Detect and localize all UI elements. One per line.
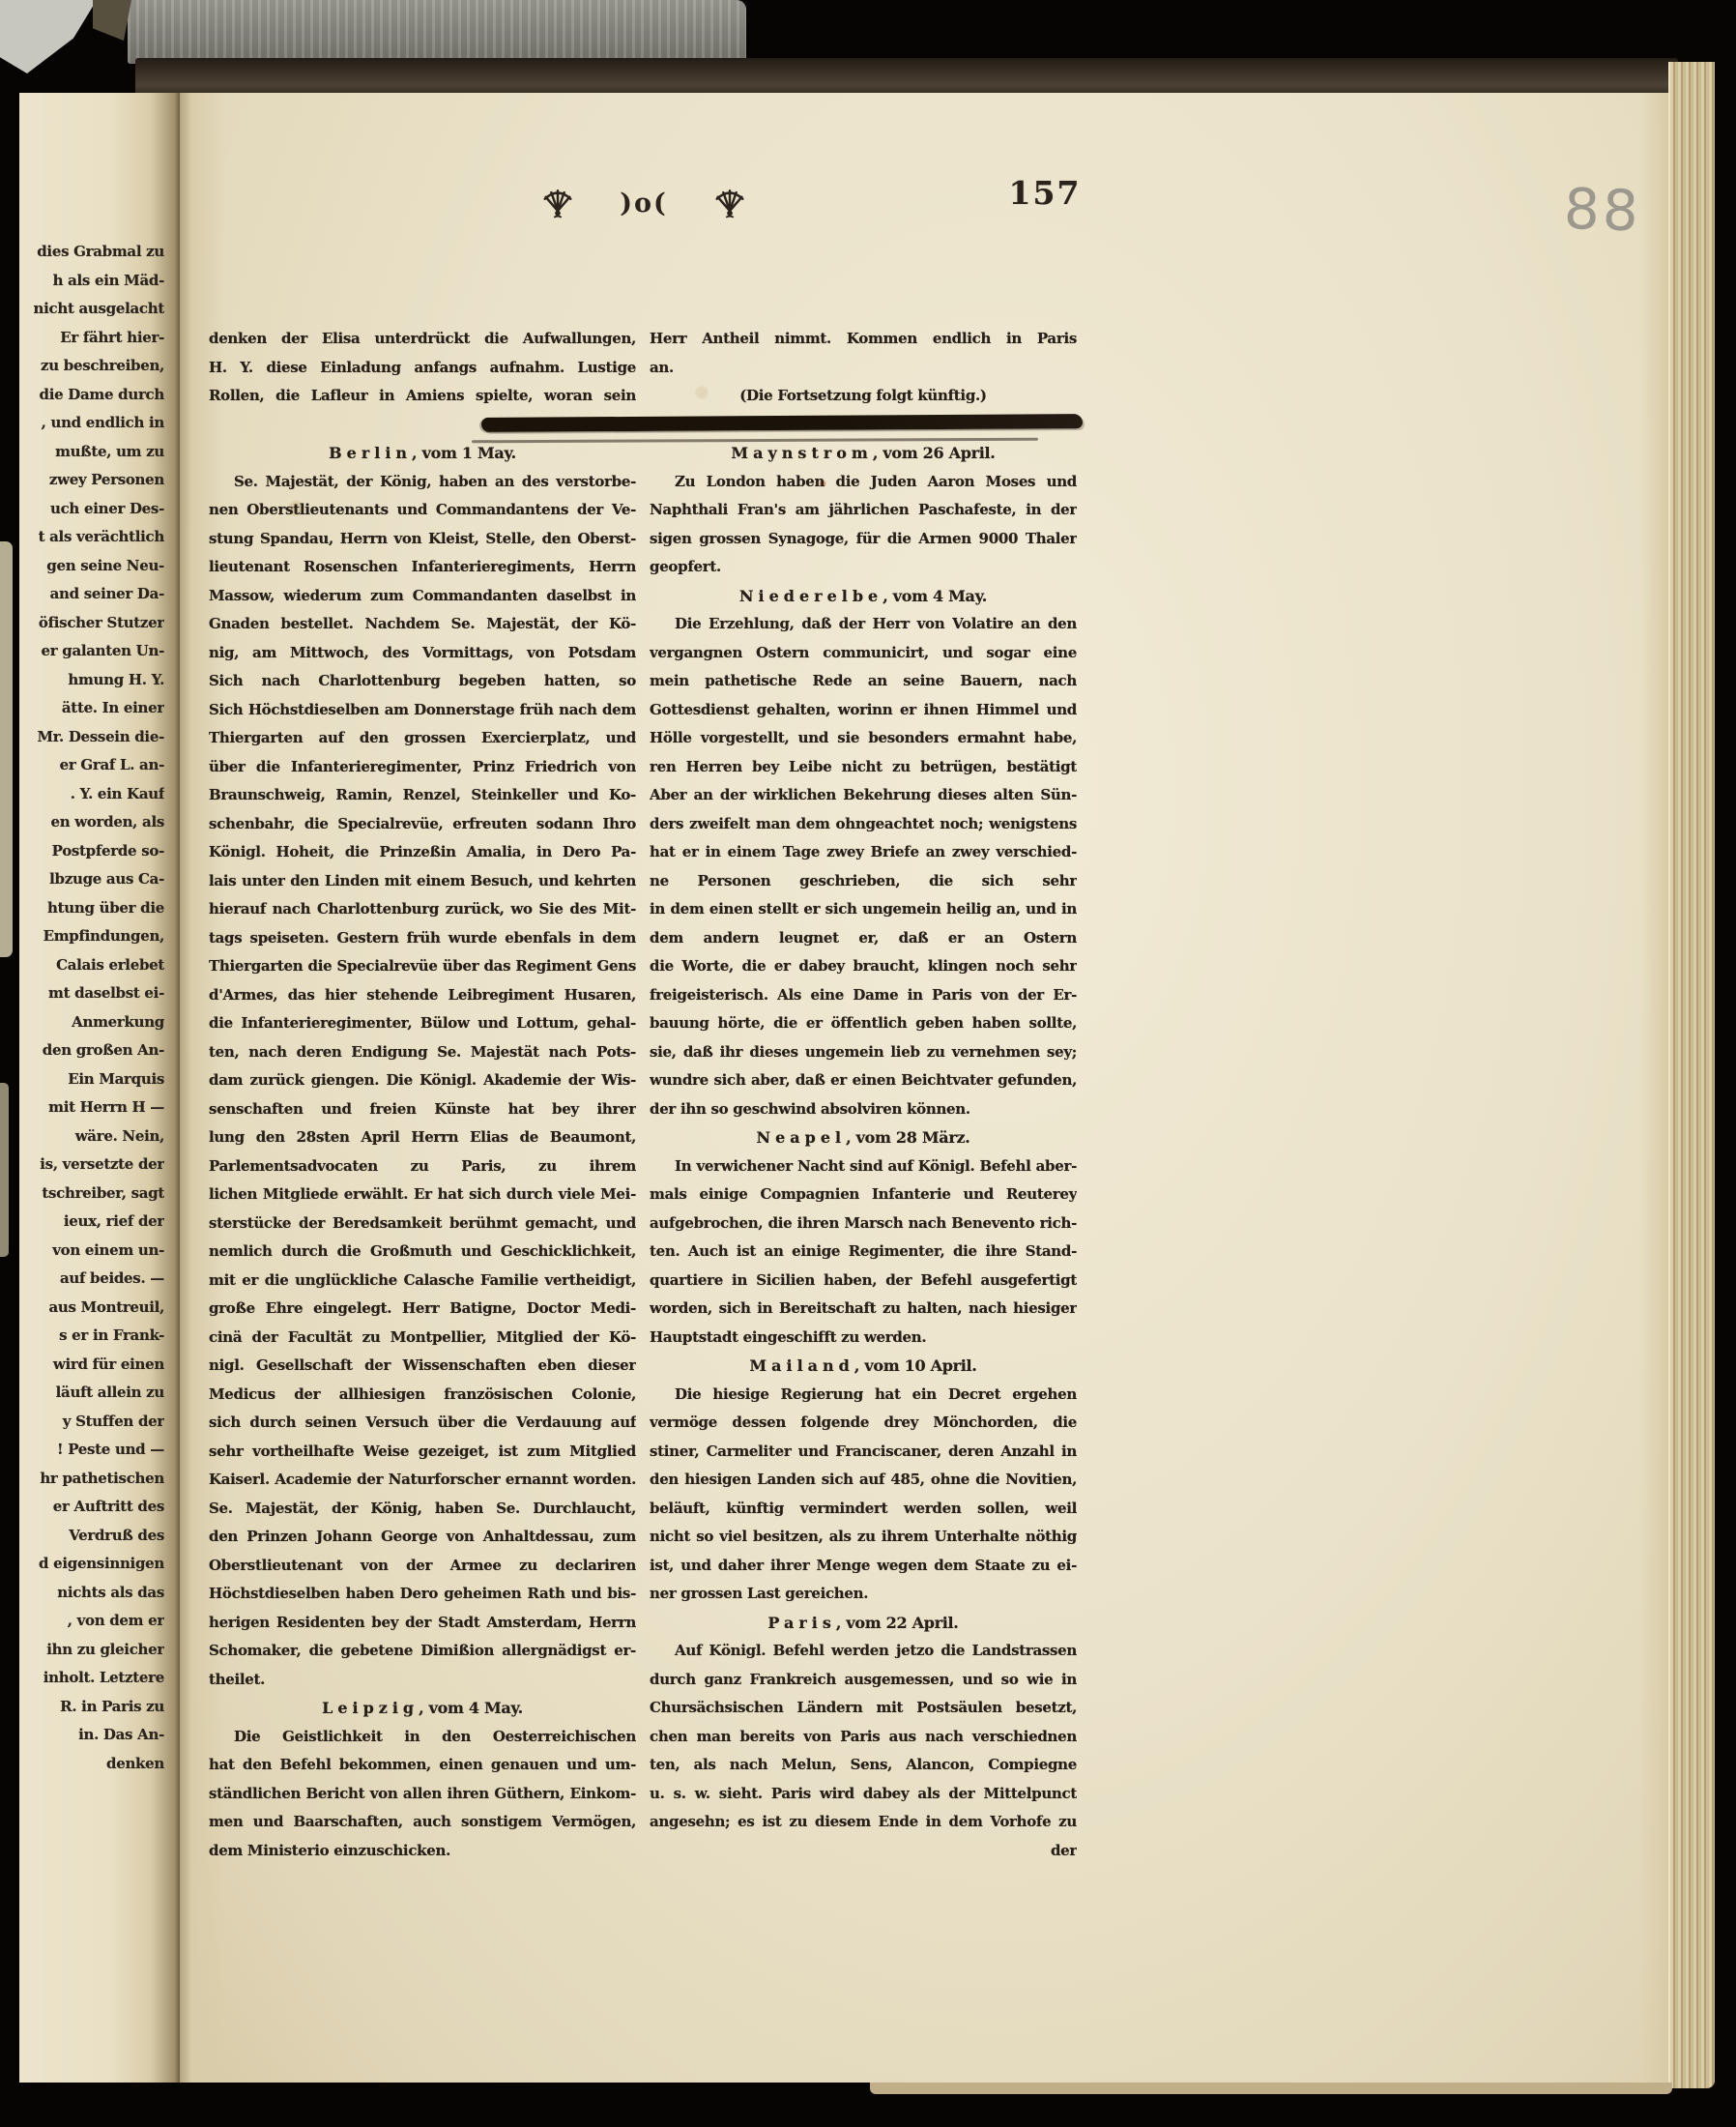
- line-text: u. s. w. sieht. Paris wird dabey als der…: [650, 1785, 1077, 1802]
- gutter-text-line: zwey Personen: [19, 466, 164, 495]
- gutter-text-line: Calais erlebet: [19, 951, 164, 980]
- text-line: mit er die unglückliche Calasche Familie…: [209, 1267, 636, 1296]
- line-text: den Prinzen Johann George von Anhaltdess…: [209, 1528, 636, 1545]
- text-line: Hauptstadt eingeschifft zu werden.: [650, 1324, 1077, 1353]
- text-line: sie, daß ihr dieses ungemein lieb zu ver…: [650, 1038, 1077, 1067]
- line-text: herigen Residenten bey der Stadt Amsterd…: [209, 1614, 636, 1631]
- gutter-text-line: den großen An-: [19, 1036, 164, 1065]
- cover-corner-fragment: [93, 0, 131, 41]
- text-line: sehr vortheilhafte Weise gezeiget, ist z…: [209, 1438, 636, 1467]
- line-text: sie, daß ihr dieses ungemein lieb zu ver…: [650, 1043, 1077, 1067]
- text-line: Medicus der allhiesigen französischen Co…: [209, 1381, 636, 1410]
- text-line: sich durch seinen Versuch über die Verda…: [209, 1409, 636, 1438]
- gutter-text-line: von einem un-: [19, 1237, 164, 1266]
- gutter-text-line: R. in Paris zu: [19, 1693, 164, 1722]
- text-line: Thiergarten die Specialrevüe über das Re…: [209, 952, 636, 981]
- line-text: Die Geistlichkeit in den Oesterreichisch…: [209, 1728, 636, 1752]
- gutter-text-line: Empfindungen,: [19, 922, 164, 951]
- line-text: Paris: [767, 1614, 835, 1632]
- line-text: H. Y. diese Einladung anfangs aufnahm. L…: [209, 359, 636, 376]
- gutter-text-line: hmung H. Y.: [19, 666, 164, 695]
- text-line: Gottesdienst gehalten, worinn er ihnen H…: [650, 696, 1077, 725]
- gutter-text-line: wird für einen: [19, 1351, 164, 1380]
- page-header: )o(: [539, 184, 748, 222]
- gutter-text-line: Ein Marquis: [19, 1065, 164, 1094]
- gutter-text-line: er Graf L. an-: [19, 751, 164, 780]
- text-line: Herr Antheil nimmt. Kommen endlich in Pa…: [650, 325, 1077, 354]
- line-text: Thiergarten auf den grossen Exercierplat…: [209, 729, 636, 753]
- line-text: Parlementsadvocaten zu Paris, zu ihrem a…: [209, 1157, 636, 1181]
- line-text: men und Baarschaften, auch sonstigem Ver…: [209, 1813, 636, 1830]
- text-line: Die hiesige Regierung hat ein Decret erg…: [650, 1381, 1077, 1410]
- line-text: schenbahr, die Specialrevüe, erfreuten s…: [209, 815, 636, 832]
- line-text: lais unter den Linden mit einem Besuch, …: [209, 872, 636, 889]
- line-text: dem Ministerio einzuschicken.: [209, 1842, 450, 1859]
- line-text: bauung hörte, die er öffentlich geben ha…: [650, 1014, 1077, 1038]
- line-text: Maynstrom: [731, 444, 872, 462]
- binding-top-edge: [135, 58, 1678, 97]
- line-text: geopfert.: [650, 558, 721, 575]
- text-line: Aber an der wirklichen Bekehrung dieses …: [650, 781, 1077, 810]
- text-line: Sich Höchstdieselben am Donnerstage früh…: [209, 696, 636, 725]
- text-line: H. Y. diese Einladung anfangs aufnahm. L…: [209, 354, 636, 383]
- text-line: Zu London haben die Juden Aaron Moses un…: [650, 468, 1077, 497]
- line-text-rest: , vom 26 April.: [873, 444, 996, 462]
- text-line: bauung hörte, die er öffentlich geben ha…: [650, 1009, 1077, 1038]
- book-scan: dies Grabmal zuh als ein Mäd-nicht ausge…: [0, 0, 1736, 2127]
- text-line: beläuft, künftig vermindert werden solle…: [650, 1495, 1077, 1524]
- text-line: stiner, Carmeliter und Franciscaner, der…: [650, 1438, 1077, 1467]
- line-text: der: [1051, 1842, 1077, 1859]
- gutter-text-line: auf beides. —: [19, 1265, 164, 1294]
- gutter-text-line: en worden, als: [19, 808, 164, 837]
- text-line: Gnaden bestellet. Nachdem Se. Majestät, …: [209, 610, 636, 639]
- line-text: nicht so viel besitzen, als zu ihrem Unt…: [650, 1528, 1077, 1545]
- text-line: ten, als nach Melun, Sens, Alancon, Comp…: [650, 1751, 1077, 1780]
- text-line: lung den 28sten April Herrn Elias de Bea…: [209, 1123, 636, 1152]
- text-line: hierauf nach Charlottenburg zurück, wo S…: [209, 895, 636, 924]
- text-line: Auf Königl. Befehl werden jetzo die Land…: [650, 1637, 1077, 1666]
- line-text: aufgebrochen, die ihren Marsch nach Bene…: [650, 1214, 1077, 1232]
- gutter-text-line: ! Peste und —: [19, 1436, 164, 1465]
- text-line: Paris, vom 22 April.: [650, 1609, 1077, 1638]
- line-text: Chursächsischen Ländern mit Postsäulen b…: [650, 1699, 1077, 1723]
- line-text: wundre sich aber, daß er einen Beichtvat…: [650, 1071, 1077, 1089]
- text-line: herigen Residenten bey der Stadt Amsterd…: [209, 1609, 636, 1638]
- gutter-text-line: d eigensinnigen: [19, 1550, 164, 1579]
- text-line: die Infanterieregimenter, Bülow und Lott…: [209, 1009, 636, 1038]
- line-text: In verwichener Nacht sind auf Königl. Be…: [675, 1157, 1077, 1175]
- line-text: durch ganz Frankreich ausgemessen, und s…: [650, 1671, 1077, 1695]
- text-line: senschaften und freien Künste hat bey ih…: [209, 1095, 636, 1124]
- line-text-rest: , vom 4 May.: [882, 587, 987, 605]
- line-text: ders zweifelt man dem ohngeachtet noch; …: [650, 815, 1077, 832]
- line-text: sich durch seinen Versuch über die Verda…: [209, 1413, 636, 1438]
- text-line: freigeisterisch. Als eine Dame in Paris …: [650, 981, 1077, 1010]
- line-text: stiner, Carmeliter und Franciscaner, der…: [650, 1442, 1077, 1460]
- printed-page-number: 157: [990, 174, 1100, 212]
- gutter-text-column: dies Grabmal zuh als ein Mäd-nicht ausge…: [19, 238, 164, 1778]
- line-text: beläuft, künftig vermindert werden solle…: [650, 1500, 1077, 1524]
- text-line: Rollen, die Lafleur in Amiens spielte, w…: [209, 382, 636, 411]
- gutter-text-line: lbzuge aus Ca-: [19, 865, 164, 894]
- gutter-text-line: ätte. In einer: [19, 694, 164, 723]
- line-text: Mailand: [749, 1356, 854, 1375]
- left-text-column: denken der Elisa unterdrückt die Aufwall…: [209, 325, 636, 1865]
- text-line: nig, am Mittwoch, des Vormittags, von Po…: [209, 639, 636, 668]
- line-text: worden, sich in Bereitschaft zu halten, …: [650, 1299, 1077, 1317]
- line-text: Hölle vorgestellt, und sie besonders erm…: [650, 729, 1077, 753]
- text-line: über die Infanterieregimenter, Prinz Fri…: [209, 753, 636, 782]
- line-text: Niederelbe: [739, 587, 882, 605]
- line-text: Hauptstadt eingeschifft zu werden.: [650, 1328, 926, 1346]
- line-text: Herr Antheil nimmt. Kommen endlich in Pa…: [650, 330, 1077, 347]
- text-line: vermöge dessen folgende drey Mönchorden,…: [650, 1409, 1077, 1438]
- right-text-column: Herr Antheil nimmt. Kommen endlich in Pa…: [650, 325, 1077, 1865]
- text-line: ist, und daher ihrer Menge wegen dem Sta…: [650, 1552, 1077, 1581]
- line-text: quartiere in Sicilien haben, der Befehl …: [650, 1271, 1077, 1289]
- gutter-text-line: inholt. Letztere: [19, 1664, 164, 1693]
- line-text: Se. Majestät, der König, haben an des ve…: [234, 473, 636, 490]
- line-text: Gottesdienst gehalten, worinn er ihnen H…: [650, 701, 1077, 718]
- text-line: Leipzig, vom 4 May.: [209, 1694, 636, 1723]
- text-line: Maynstrom, vom 26 April.: [650, 439, 1077, 468]
- text-line: nigl. Gesellschaft der Wissenschaften eb…: [209, 1352, 636, 1381]
- text-line: ner grossen Last gereichen.: [650, 1580, 1077, 1609]
- gutter-text-line: is, versetzte der: [19, 1151, 164, 1180]
- line-text: Neapel: [756, 1128, 846, 1147]
- line-text: sterstücke der Beredsamkeit berühmt gema…: [209, 1214, 636, 1238]
- text-line: Schomaker, die gebetene Dimißion allergn…: [209, 1637, 636, 1666]
- line-text: Massow, wiederum zum Commandanten daselb…: [209, 587, 636, 604]
- line-text: dam zurück giengen. Die Königl. Akademie…: [209, 1071, 636, 1089]
- line-text: Thiergarten die Specialrevüe über das Re…: [209, 957, 636, 975]
- gutter-text-line: in. Das An-: [19, 1721, 164, 1750]
- gutter-text-line: htung über die: [19, 894, 164, 923]
- gutter-text-line: t als verächtlich: [19, 523, 164, 552]
- text-line: Neapel, vom 28 März.: [650, 1123, 1077, 1152]
- gutter-text-line: , und endlich in: [19, 409, 164, 438]
- text-line: die Worte, die er dabey braucht, klingen…: [650, 952, 1077, 981]
- line-text: Berlin: [329, 444, 412, 462]
- text-line: Berlin, vom 1 May.: [209, 439, 636, 468]
- line-text: nigl. Gesellschaft der Wissenschaften eb…: [209, 1356, 636, 1381]
- line-text: theilet.: [209, 1671, 265, 1688]
- gutter-text-line: Er fährt hier-: [19, 324, 164, 353]
- gutter-text-line: y Stuffen der: [19, 1408, 164, 1437]
- line-text: Naphthali Fran's am jährlichen Paschafes…: [650, 501, 1077, 525]
- gutter-text-line: Verdruß des: [19, 1522, 164, 1551]
- line-text: mit er die unglückliche Calasche Familie…: [209, 1271, 636, 1289]
- line-text: an.: [650, 359, 674, 376]
- line-text: stung Spandau, Herrn von Kleist, Stelle,…: [209, 530, 636, 547]
- text-line: Kaiserl. Academie der Naturforscher erna…: [209, 1466, 636, 1495]
- line-text: ten. Auch ist an einige Regimenter, die …: [650, 1242, 1077, 1260]
- text-line: denken der Elisa unterdrückt die Aufwall…: [209, 325, 636, 354]
- page-edge-sliver: [0, 1083, 9, 1257]
- line-text: die Infanterieregimenter, Bülow und Lott…: [209, 1014, 636, 1032]
- text-line: Oberstlieutenant von der Armee zu declar…: [209, 1552, 636, 1581]
- gutter-text-line: er Auftritt des: [19, 1493, 164, 1522]
- line-text: mein pathetische Rede an seine Bauern, n…: [650, 672, 1077, 696]
- text-line: ren Herren bey Leibe nicht zu betrügen, …: [650, 753, 1077, 782]
- line-text: senschaften und freien Künste hat bey ih…: [209, 1100, 636, 1124]
- line-text: mals einige Compagnien Infanterie und Re…: [650, 1185, 1077, 1203]
- line-text: Braunschweig, Ramin, Renzel, Steinkeller…: [209, 786, 636, 803]
- line-text-rest: , vom 28 März.: [846, 1128, 969, 1147]
- text-line: nemlich durch die Großmuth und Geschickl…: [209, 1238, 636, 1267]
- text-line: Se. Majestät, der König, haben Se. Durch…: [209, 1495, 636, 1524]
- line-text-rest: , vom 1 May.: [412, 444, 516, 462]
- page-stack-edge: [1668, 62, 1715, 2088]
- line-text-rest: , vom 22 April.: [836, 1614, 959, 1632]
- gutter-text-line: nicht ausgelacht: [19, 295, 164, 324]
- gutter-text-line: gen seine Neu-: [19, 552, 164, 581]
- gutter-text-line: mußte, um zu: [19, 438, 164, 467]
- line-text: ten, als nach Melun, Sens, Alancon, Comp…: [650, 1756, 1077, 1773]
- line-text: Leipzig: [322, 1699, 419, 1717]
- text-line: lais unter den Linden mit einem Besuch, …: [209, 867, 636, 896]
- line-text: chen man bereits von Paris aus nach vers…: [650, 1728, 1077, 1752]
- line-text: Die Erzehlung, daß der Herr von Volatire…: [675, 615, 1077, 632]
- line-text: große Ehre eingelegt. Herr Batigne, Doct…: [209, 1299, 636, 1317]
- line-text: Schomaker, die gebetene Dimißion allergn…: [209, 1642, 636, 1659]
- line-text: Rollen, die Lafleur in Amiens spielte, w…: [209, 387, 636, 404]
- line-text: in dem einen stellt er sich ungemein hei…: [650, 900, 1077, 918]
- text-line: sigen grossen Synagoge, für die Armen 90…: [650, 525, 1077, 554]
- line-text-rest: , vom 4 May.: [419, 1699, 523, 1717]
- text-line: Chursächsischen Ländern mit Postsäulen b…: [650, 1694, 1077, 1723]
- text-line: vergangnen Ostern communicirt, und sogar…: [650, 639, 1077, 668]
- gutter-text-line: läuft allein zu: [19, 1379, 164, 1408]
- text-line: wundre sich aber, daß er einen Beichtvat…: [650, 1066, 1077, 1095]
- shell-ornament-icon: [539, 187, 576, 220]
- line-text: lichen Mitgliede erwählt. Er hat sich du…: [209, 1185, 636, 1203]
- text-line: quartiere in Sicilien haben, der Befehl …: [650, 1267, 1077, 1296]
- line-text: sigen grossen Synagoge, für die Armen 90…: [650, 530, 1077, 547]
- text-line: aufgebrochen, die ihren Marsch nach Bene…: [650, 1209, 1077, 1238]
- line-text: Sich nach Charlottenburg begeben hatten,…: [209, 672, 636, 696]
- text-line: dem Ministerio einzuschicken.: [209, 1837, 636, 1866]
- gutter-text-line: , von dem er: [19, 1607, 164, 1636]
- line-text: vergangnen Ostern communicirt, und sogar…: [650, 644, 1077, 668]
- text-line: Hölle vorgestellt, und sie besonders erm…: [650, 724, 1077, 753]
- line-text: denken der Elisa unterdrückt die Aufwall…: [209, 330, 636, 354]
- gutter-text-line: Anmerkung: [19, 1008, 164, 1037]
- gutter-text-line: denken: [19, 1750, 164, 1779]
- line-text: d'Armes, das hier stehende Leibregiment …: [209, 986, 636, 1010]
- line-text: Die hiesige Regierung hat ein Decret erg…: [650, 1385, 1077, 1410]
- gutter-text-line: s er in Frank-: [19, 1322, 164, 1351]
- text-line: sterstücke der Beredsamkeit berühmt gema…: [209, 1209, 636, 1238]
- line-text: die Worte, die er dabey braucht, klingen…: [650, 957, 1077, 975]
- gutter-text-line: zu beschreiben,: [19, 352, 164, 381]
- book-cover-board: [128, 0, 746, 64]
- text-line: men und Baarschaften, auch sonstigem Ver…: [209, 1808, 636, 1837]
- text-line: chen man bereits von Paris aus nach vers…: [650, 1723, 1077, 1752]
- line-text: Auf Königl. Befehl werden jetzo die Land…: [675, 1642, 1077, 1659]
- text-line: ständlichen Bericht von allen ihren Güth…: [209, 1780, 636, 1809]
- text-line: Massow, wiederum zum Commandanten daselb…: [209, 582, 636, 611]
- text-line: Braunschweig, Ramin, Renzel, Steinkeller…: [209, 781, 636, 810]
- line-text: ist, und daher ihrer Menge wegen dem Sta…: [650, 1557, 1077, 1574]
- paper-scrap: [0, 0, 97, 73]
- line-text: ständlichen Bericht von allen ihren Güth…: [209, 1785, 636, 1802]
- text-line: durch ganz Frankreich ausgemessen, und s…: [650, 1666, 1077, 1695]
- text-line: Naphthali Fran's am jährlichen Paschafes…: [650, 496, 1077, 525]
- text-line: an.: [650, 354, 1077, 383]
- gutter-text-line: öfischer Stutzer: [19, 609, 164, 638]
- text-line: in dem einen stellt er sich ungemein hei…: [650, 895, 1077, 924]
- main-page: )o( 157 88 denken der Elisa unterdrückt …: [180, 93, 1668, 2083]
- line-text: lieutenant Rosenschen Infanterieregiment…: [209, 558, 636, 582]
- gutter-text-line: ihn zu gleicher: [19, 1636, 164, 1665]
- line-text: Se. Majestät, der König, haben Se. Durch…: [209, 1500, 636, 1517]
- shell-ornament-icon: [711, 187, 748, 220]
- text-line: den hiesigen Landen sich auf 485, ohne d…: [650, 1466, 1077, 1495]
- text-line: schenbahr, die Specialrevüe, erfreuten s…: [209, 810, 636, 839]
- text-line: nen Oberstlieutenants und Commandantens …: [209, 496, 636, 525]
- line-text: vermöge dessen folgende drey Mönchorden,…: [650, 1413, 1077, 1438]
- text-line: d'Armes, das hier stehende Leibregiment …: [209, 981, 636, 1010]
- header-mark: )o(: [620, 189, 668, 219]
- text-line: der ihn so geschwind absolviren können.: [650, 1095, 1077, 1124]
- text-line: cinä der Facultät zu Montpellier, Mitgli…: [209, 1324, 636, 1353]
- line-text: Medicus der allhiesigen französischen Co…: [209, 1385, 636, 1410]
- gutter-text-line: and seiner Da-: [19, 580, 164, 609]
- gutter-text-line: Mr. Dessein die-: [19, 723, 164, 752]
- text-line: Se. Majestät, der König, haben an des ve…: [209, 468, 636, 497]
- text-line: Die Erzehlung, daß der Herr von Volatire…: [650, 610, 1077, 639]
- line-text: lung den 28sten April Herrn Elias de Bea…: [209, 1128, 636, 1146]
- gutter-text-line: tschreiber, sagt: [19, 1180, 164, 1209]
- gutter-text-line: wäre. Nein,: [19, 1122, 164, 1151]
- line-text: Kaiserl. Academie der Naturforscher erna…: [209, 1471, 636, 1488]
- line-text: ne Personen geschrieben, die sich sehr w…: [650, 872, 1077, 896]
- text-line: große Ehre eingelegt. Herr Batigne, Doct…: [209, 1295, 636, 1324]
- line-text: ten, nach deren Endigung Se. Majestät na…: [209, 1043, 636, 1061]
- text-line: Königl. Hoheit, die Prinzeßin Amalia, in…: [209, 838, 636, 867]
- line-text: ner grossen Last gereichen.: [650, 1585, 868, 1602]
- gutter-text-line: er galanten Un-: [19, 637, 164, 666]
- page-edge-sliver: [0, 541, 13, 957]
- text-line: Sich nach Charlottenburg begeben hatten,…: [209, 667, 636, 696]
- text-line: angesehn; es ist zu diesem Ende in dem V…: [650, 1808, 1077, 1837]
- line-text: dem andern leugnet er, daß er an Ostern …: [650, 929, 1077, 953]
- text-line: Mailand, vom 10 April.: [650, 1352, 1077, 1381]
- line-text: Höchstdieselben haben Dero geheimen Rath…: [209, 1585, 636, 1602]
- gutter-text-line: aus Montreuil,: [19, 1294, 164, 1323]
- gutter-text-line: h als ein Mäd-: [19, 267, 164, 296]
- gutter-text-line: uch einer Des-: [19, 495, 164, 524]
- text-line: den Prinzen Johann George von Anhaltdess…: [209, 1523, 636, 1552]
- text-line: hat den Befehl bekommen, einen genauen u…: [209, 1751, 636, 1780]
- gutter-text-line: ieux, rief der: [19, 1208, 164, 1237]
- line-text: angesehn; es ist zu diesem Ende in dem V…: [650, 1813, 1077, 1830]
- text-line: Höchstdieselben haben Dero geheimen Rath…: [209, 1580, 636, 1609]
- text-line: der: [650, 1837, 1077, 1866]
- text-line: Niederelbe, vom 4 May.: [650, 582, 1077, 611]
- line-text: nemlich durch die Großmuth und Geschickl…: [209, 1242, 636, 1267]
- text-line: geopfert.: [650, 553, 1077, 582]
- line-text: den hiesigen Landen sich auf 485, ohne d…: [650, 1471, 1077, 1488]
- text-line: dem andern leugnet er, daß er an Ostern …: [650, 924, 1077, 953]
- gutter-text-line: nichts als das: [19, 1579, 164, 1608]
- text-line: (Die Fortsetzung folgt künftig.): [650, 382, 1077, 411]
- gutter-text-line: mt daselbst ei-: [19, 979, 164, 1008]
- line-text-rest: , vom 10 April.: [854, 1356, 977, 1375]
- gutter-text-line: Postpferde so-: [19, 837, 164, 866]
- line-text: (Die Fortsetzung folgt künftig.): [739, 387, 986, 404]
- line-text: cinä der Facultät zu Montpellier, Mitgli…: [209, 1328, 636, 1346]
- gutter-text-line: mit Herrn H —: [19, 1093, 164, 1122]
- line-text: über die Infanterieregimenter, Prinz Fri…: [209, 758, 636, 775]
- line-text: Zu London haben die Juden Aaron Moses un…: [675, 473, 1077, 490]
- text-line: ders zweifelt man dem ohngeachtet noch; …: [650, 810, 1077, 839]
- gutter-text-line: hr pathetischen: [19, 1465, 164, 1494]
- bottom-page-edge: [870, 2083, 1672, 2094]
- text-line: lieutenant Rosenschen Infanterieregiment…: [209, 553, 636, 582]
- line-text: der ihn so geschwind absolviren können.: [650, 1100, 970, 1118]
- text-line: lichen Mitgliede erwählt. Er hat sich du…: [209, 1180, 636, 1209]
- text-line: u. s. w. sieht. Paris wird dabey als der…: [650, 1780, 1077, 1809]
- line-text: ren Herren bey Leibe nicht zu betrügen, …: [650, 758, 1077, 782]
- text-line: dam zurück giengen. Die Königl. Akademie…: [209, 1066, 636, 1095]
- line-text: Aber an der wirklichen Bekehrung dieses …: [650, 786, 1077, 803]
- text-line: mein pathetische Rede an seine Bauern, n…: [650, 667, 1077, 696]
- left-page-fragment: dies Grabmal zuh als ein Mäd-nicht ausge…: [19, 93, 180, 2083]
- text-line: tags speiseten. Gestern früh wurde ebenf…: [209, 924, 636, 953]
- line-text: hierauf nach Charlottenburg zurück, wo S…: [209, 900, 636, 918]
- text-line: worden, sich in Bereitschaft zu halten, …: [650, 1295, 1077, 1324]
- text-line: ten. Auch ist an einige Regimenter, die …: [650, 1238, 1077, 1267]
- text-line: mals einige Compagnien Infanterie und Re…: [650, 1180, 1077, 1209]
- line-text: tags speiseten. Gestern früh wurde ebenf…: [209, 929, 636, 947]
- line-text: Oberstlieutenant von der Armee zu declar…: [209, 1557, 636, 1581]
- text-line: ne Personen geschrieben, die sich sehr w…: [650, 867, 1077, 896]
- line-text: sehr vortheilhafte Weise gezeiget, ist z…: [209, 1442, 636, 1467]
- line-text: hat den Befehl bekommen, einen genauen u…: [209, 1756, 636, 1773]
- text-line: Parlementsadvocaten zu Paris, zu ihrem a…: [209, 1152, 636, 1181]
- gutter-text-line: . Y. ein Kauf: [19, 780, 164, 809]
- text-line: In verwichener Nacht sind auf Königl. Be…: [650, 1152, 1077, 1181]
- line-text: nig, am Mittwoch, des Vormittags, von Po…: [209, 644, 636, 661]
- text-line: nicht so viel besitzen, als zu ihrem Unt…: [650, 1523, 1077, 1552]
- line-text: hat er in einem Tage zwey Briefe an zwey…: [650, 843, 1077, 860]
- text-line: stung Spandau, Herrn von Kleist, Stelle,…: [209, 525, 636, 554]
- line-text: nen Oberstlieutenants und Commandantens …: [209, 501, 636, 518]
- text-line: Die Geistlichkeit in den Oesterreichisch…: [209, 1723, 636, 1752]
- line-text: freigeisterisch. Als eine Dame in Paris …: [650, 986, 1077, 1004]
- line-text: Sich Höchstdieselben am Donnerstage früh…: [209, 701, 636, 718]
- line-text: Königl. Hoheit, die Prinzeßin Amalia, in…: [209, 843, 636, 860]
- text-line: ten, nach deren Endigung Se. Majestät na…: [209, 1038, 636, 1067]
- text-line: theilet.: [209, 1666, 636, 1695]
- text-line: Thiergarten auf den grossen Exercierplat…: [209, 724, 636, 753]
- text-line: hat er in einem Tage zwey Briefe an zwey…: [650, 838, 1077, 867]
- gutter-text-line: die Dame durch: [19, 381, 164, 410]
- line-text: Gnaden bestellet. Nachdem Se. Majestät, …: [209, 615, 636, 632]
- gutter-text-line: dies Grabmal zu: [19, 238, 164, 267]
